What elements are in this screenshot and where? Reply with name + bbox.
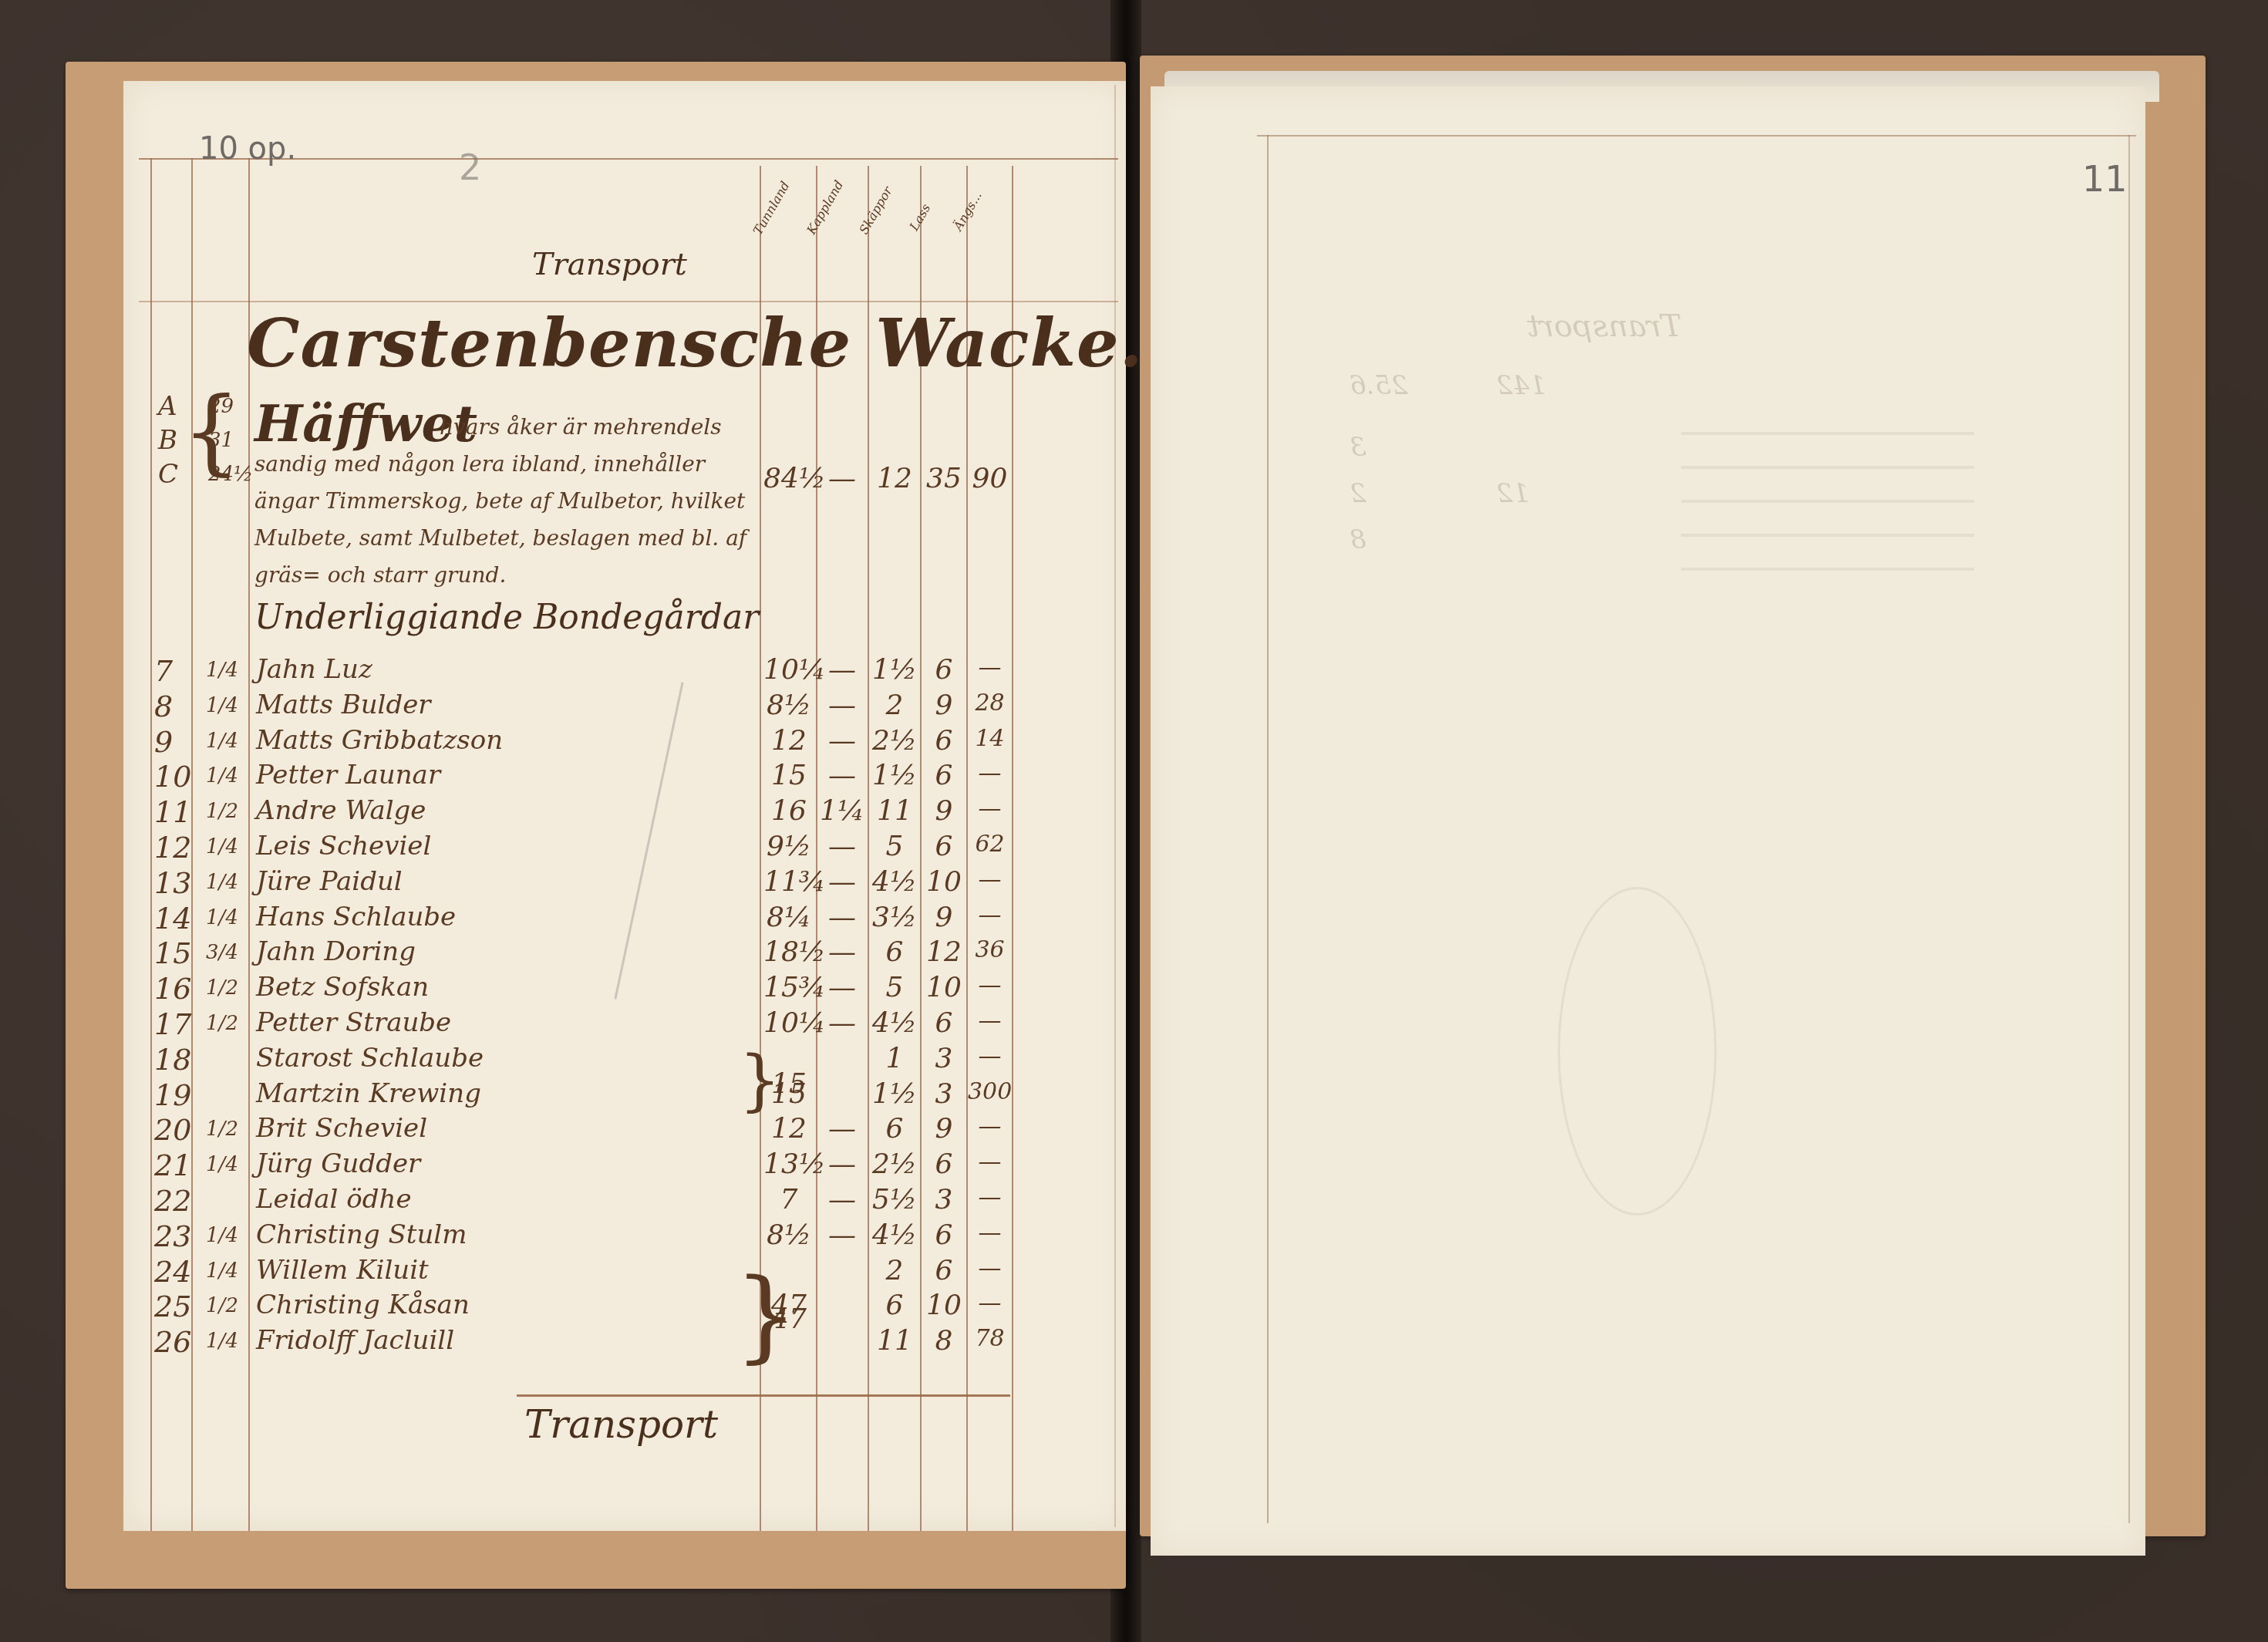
row-col3: 4½ <box>869 1007 920 1039</box>
row-share: 1/4 <box>199 694 245 717</box>
bleed-through-value: 12 <box>1496 478 1529 509</box>
row-col3: 6 <box>869 936 920 968</box>
row-col3: 11 <box>869 795 920 827</box>
row-share: 1/4 <box>199 1224 245 1247</box>
right-rule-top <box>1257 135 2136 137</box>
row-col5: — <box>968 1255 1012 1282</box>
row-col4: 6 <box>922 1007 966 1039</box>
row-name: Starost Schlaube <box>256 1043 734 1074</box>
row-col2: — <box>817 1184 867 1215</box>
estate-description: hvars åker är mehrendels sandig med någo… <box>254 409 748 594</box>
row-col5: — <box>968 866 1012 893</box>
row-col1: 11¾ <box>763 866 814 898</box>
row-name: Jüre Paidul <box>256 866 734 897</box>
bleed-through-lines <box>1681 401 1974 602</box>
row-col3: 1 <box>869 1043 920 1074</box>
row-col3: 2 <box>869 690 920 721</box>
row-col1: 18½ <box>763 936 814 968</box>
row-number: 13 <box>154 866 191 900</box>
row-col4: 3 <box>922 1043 966 1074</box>
row-col4: 6 <box>922 1219 966 1251</box>
row-col1: 10¼ <box>763 654 814 686</box>
row-name: Willem Kiluit <box>256 1255 734 1286</box>
row-col1: 13½ <box>763 1148 814 1180</box>
row-col4: 3 <box>922 1184 966 1215</box>
row-number: 26 <box>154 1325 191 1359</box>
bracket-18-19-value: 15 <box>763 1068 814 1100</box>
bleed-through-value: 3 <box>1350 432 1367 463</box>
row-col3: 4½ <box>869 1219 920 1251</box>
row-col2: — <box>817 866 867 898</box>
row-col2: — <box>817 902 867 933</box>
row-col3: 3½ <box>869 902 920 933</box>
row-col5: 28 <box>968 690 1012 716</box>
row-number: 17 <box>154 1007 191 1041</box>
row-col1: 8½ <box>763 690 814 721</box>
row-col4: 6 <box>922 760 966 791</box>
estate-col2: — <box>817 463 867 494</box>
estate-value-a: 29 <box>208 389 253 423</box>
row-number: 22 <box>154 1184 191 1218</box>
estate-col3: 12 <box>869 463 920 494</box>
row-col1: 12 <box>763 725 814 757</box>
row-col4: 3 <box>922 1078 966 1110</box>
transport-bottom: Transport <box>524 1402 718 1447</box>
row-name: Jahn Doring <box>256 936 734 967</box>
row-name: Leis Scheviel <box>256 831 734 861</box>
row-col5: — <box>968 1219 1012 1246</box>
right-page <box>1151 86 2145 1556</box>
row-col5: 14 <box>968 725 1012 752</box>
row-col3: 6 <box>869 1290 920 1321</box>
row-col4: 6 <box>922 725 966 757</box>
estate-letter-a: A <box>158 389 178 423</box>
row-share: 1/4 <box>199 1330 245 1353</box>
row-number: 11 <box>154 795 191 829</box>
estate-col5: 90 <box>968 463 1012 494</box>
row-number: 18 <box>154 1043 191 1077</box>
bleed-through-value: 8 <box>1350 524 1367 555</box>
row-name: Jahn Luz <box>256 654 734 685</box>
row-col5: — <box>968 654 1012 681</box>
row-col5: — <box>968 1184 1012 1211</box>
row-col2: — <box>817 1148 867 1180</box>
bracket-24-26-value: 47 <box>763 1303 814 1335</box>
row-col4: 6 <box>922 1255 966 1286</box>
row-col2: — <box>817 690 867 721</box>
row-col1: 9½ <box>763 831 814 862</box>
row-col2: — <box>817 1113 867 1145</box>
bleed-through-flourish <box>1558 887 1717 1215</box>
row-col3: 11 <box>869 1325 920 1357</box>
row-col5: — <box>968 795 1012 822</box>
row-share: 1/4 <box>199 659 245 682</box>
row-col4: 6 <box>922 831 966 862</box>
row-col4: 9 <box>922 1113 966 1145</box>
row-col4: 12 <box>922 936 966 968</box>
bleed-through-value: 25.6 <box>1350 370 1408 401</box>
row-share: 1/4 <box>199 764 245 787</box>
row-col5: 36 <box>968 936 1012 963</box>
total-rule <box>517 1394 1010 1397</box>
row-col2: — <box>817 831 867 862</box>
row-number: 10 <box>154 760 191 794</box>
pencil-folio-number: 11 <box>2082 158 2128 200</box>
row-col4: 6 <box>922 654 966 686</box>
row-number: 20 <box>154 1113 191 1147</box>
row-number: 16 <box>154 972 191 1006</box>
row-col3: 1½ <box>869 760 920 791</box>
row-share: 1/2 <box>199 976 245 1000</box>
bleed-through-value: 142 <box>1496 370 1546 401</box>
row-number: 19 <box>154 1078 191 1112</box>
estate-col4: 35 <box>922 463 966 494</box>
right-rule-edge <box>2128 135 2130 1523</box>
rule-no-col <box>191 158 193 1531</box>
row-col5: — <box>968 902 1012 929</box>
row-col5: — <box>968 1043 1012 1070</box>
row-col5: — <box>968 1148 1012 1175</box>
row-col5: 78 <box>968 1325 1012 1352</box>
row-number: 23 <box>154 1219 191 1253</box>
row-name: Matts Gribbatzson <box>256 725 734 756</box>
row-share: 1/4 <box>199 871 245 894</box>
pencil-mark: 2 <box>459 147 481 188</box>
row-share: 1/4 <box>199 906 245 929</box>
row-name: Matts Bulder <box>256 690 734 720</box>
row-col2: — <box>817 725 867 757</box>
row-number: 8 <box>154 690 191 723</box>
row-col3: 2 <box>869 1255 920 1286</box>
pencil-folio-note: 10 op. <box>199 131 296 167</box>
row-name: Martzin Krewing <box>256 1078 734 1109</box>
bleed-through-value: 2 <box>1350 478 1367 509</box>
row-col5: 62 <box>968 831 1012 858</box>
row-col4: 10 <box>922 866 966 898</box>
row-col4: 10 <box>922 1290 966 1321</box>
row-name: Fridolff Jacluill <box>256 1325 734 1356</box>
section-title: Carstenbensche Wacke. <box>247 305 1144 383</box>
row-col1: 8¼ <box>763 902 814 933</box>
estate-letters: A B C <box>158 389 178 491</box>
row-name: Christing Kåsan <box>256 1290 734 1320</box>
row-number: 25 <box>154 1290 191 1323</box>
row-share: 1/2 <box>199 1012 245 1035</box>
estate-letter-c: C <box>158 457 178 491</box>
row-name: Leidal ödhe <box>256 1184 734 1215</box>
row-col3: 5 <box>869 831 920 862</box>
row-col2: 1¼ <box>817 795 867 827</box>
row-col1: 10¼ <box>763 1007 814 1039</box>
row-number: 21 <box>154 1148 191 1182</box>
row-col5: — <box>968 972 1012 999</box>
row-col3: 2½ <box>869 725 920 757</box>
row-col3: 6 <box>869 1113 920 1145</box>
row-col3: 2½ <box>869 1148 920 1180</box>
row-name: Betz Sofskan <box>256 972 734 1003</box>
transport-top: Transport <box>532 247 687 282</box>
row-number: 9 <box>154 725 191 759</box>
row-col2: — <box>817 1219 867 1251</box>
row-col4: 9 <box>922 690 966 721</box>
row-number: 7 <box>154 654 191 688</box>
row-col1: 7 <box>763 1184 814 1215</box>
estate-col1: 84½ <box>763 463 814 494</box>
row-share: 3/4 <box>199 941 245 964</box>
row-col1: 15 <box>763 760 814 791</box>
row-col3: 1½ <box>869 1078 920 1110</box>
rule-header-bottom <box>139 301 1118 302</box>
row-col5: 300 <box>968 1078 1012 1105</box>
row-col1: 16 <box>763 795 814 827</box>
row-col2: — <box>817 760 867 791</box>
row-number: 24 <box>154 1255 191 1289</box>
row-number: 15 <box>154 936 191 970</box>
page-edge-line <box>1114 85 1116 1527</box>
estate-bracket-values: 29 31 24½ <box>208 389 253 491</box>
row-share: 1/4 <box>199 1153 245 1176</box>
row-col4: 9 <box>922 902 966 933</box>
estate-value-b: 31 <box>208 423 253 457</box>
row-name: Brit Scheviel <box>256 1113 734 1144</box>
row-col4: 9 <box>922 795 966 827</box>
row-col5: — <box>968 1290 1012 1317</box>
row-col4: 10 <box>922 972 966 1003</box>
subheading-farms: Underliggiande Bondegårdar <box>254 598 759 637</box>
row-col3: 4½ <box>869 866 920 898</box>
row-share: 1/2 <box>199 1118 245 1141</box>
row-col2: — <box>817 1007 867 1039</box>
row-name: Jürg Gudder <box>256 1148 734 1179</box>
column-headers: Tunnland Kappland Skäppor Lass Ängs... <box>763 168 1010 253</box>
row-share: 1/4 <box>199 835 245 858</box>
row-col2: — <box>817 936 867 968</box>
row-name: Andre Walge <box>256 795 734 826</box>
row-col4: 8 <box>922 1325 966 1357</box>
row-share: 1/4 <box>199 730 245 753</box>
row-share: 1/4 <box>199 1259 245 1283</box>
estate-value-c: 24½ <box>208 457 253 491</box>
row-number: 14 <box>154 902 191 936</box>
right-rule-margin <box>1267 135 1269 1523</box>
row-col1: 15¾ <box>763 972 814 1003</box>
row-col2: — <box>817 654 867 686</box>
row-share: 1/2 <box>199 800 245 823</box>
row-col5: — <box>968 1113 1012 1140</box>
row-name: Hans Schlaube <box>256 902 734 932</box>
row-col4: 6 <box>922 1148 966 1180</box>
row-col3: 5 <box>869 972 920 1003</box>
row-col1: 8½ <box>763 1219 814 1251</box>
row-col5: — <box>968 1007 1012 1034</box>
estate-letter-b: B <box>158 423 178 457</box>
rule-margin <box>150 158 152 1531</box>
bleed-through-transport: Transport <box>1527 309 1682 344</box>
row-name: Christing Stulm <box>256 1219 734 1250</box>
row-col2: — <box>817 972 867 1003</box>
row-share: 1/2 <box>199 1294 245 1317</box>
row-name: Petter Straube <box>256 1007 734 1038</box>
row-col3: 1½ <box>869 654 920 686</box>
row-col3: 5½ <box>869 1184 920 1215</box>
row-number: 12 <box>154 831 191 865</box>
row-col5: — <box>968 760 1012 787</box>
